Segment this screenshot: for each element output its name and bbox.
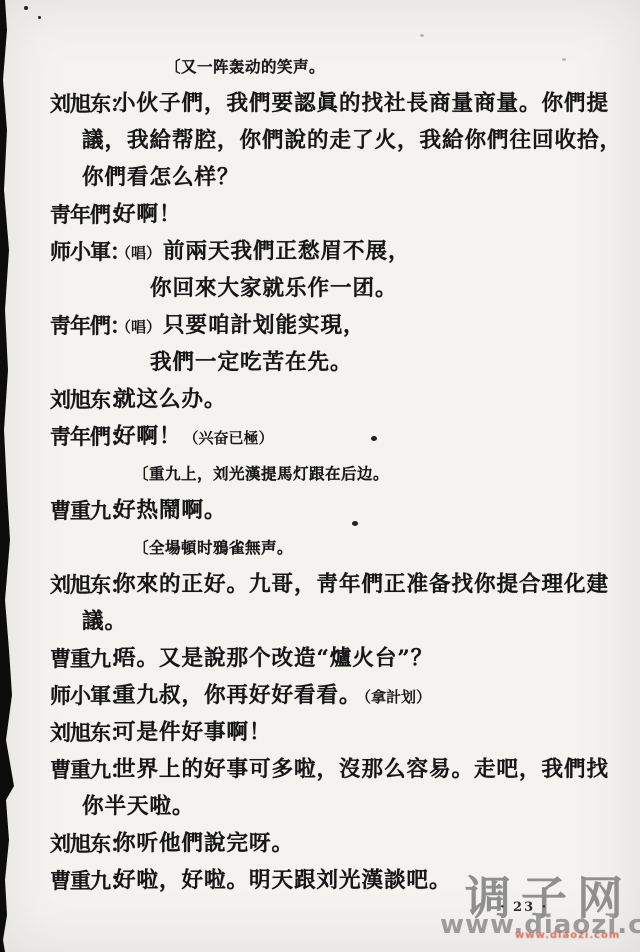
scanned-book-page: 〔又一阵轰动的笑声。刘旭东：小伙子們，我們要認眞的找社長商量商量。你們提議，我給… bbox=[0, 0, 640, 952]
script-line: 曹重九：好热鬧啊。 bbox=[0, 492, 640, 529]
line-main-text: 〔重九上，刘光漢提馬灯跟在后边。 bbox=[133, 464, 389, 483]
line-text: 你听他們說完呀。 bbox=[114, 825, 294, 863]
line-main-text: 你們看怎么样？ bbox=[82, 165, 240, 190]
line-text: 重九叔，你再好好看看。（拿計划） bbox=[114, 677, 433, 716]
script-line: 你們看怎么样？ bbox=[0, 159, 640, 196]
line-main-text: 〔又一阵轰动的笑声。 bbox=[165, 57, 325, 76]
line-main-text: 世界上的好事可多啦，沒那么容易。走吧，我們找 bbox=[114, 757, 609, 782]
line-main-text: 我們一定吃苦在先。 bbox=[150, 350, 353, 375]
line-text: 好热鬧啊。 bbox=[114, 492, 227, 530]
ink-speck bbox=[38, 16, 41, 19]
line-text: 小伙子們，我們要認眞的找社長商量商量。你們提 bbox=[114, 85, 609, 123]
line-text: （唱）前兩天我們正愁眉不展， bbox=[114, 233, 411, 272]
performance-note: （唱） bbox=[114, 318, 163, 336]
line-main-text: 好热鬧啊。 bbox=[114, 498, 227, 523]
line-text: 〔重九上，刘光漢提馬灯跟在后边。 bbox=[133, 455, 389, 492]
line-text: 你半天啦。 bbox=[82, 788, 195, 826]
line-text: 世界上的好事可多啦，沒那么容易。走吧，我們找 bbox=[114, 751, 609, 789]
script-line: 曹重九：唔。又是說那个改造“爐火台”？ bbox=[0, 640, 640, 677]
line-main-text: 唔。又是說那个改造“爐火台”？ bbox=[114, 646, 433, 671]
line-text: 你來的正好。九哥，靑年們正准备找你提合理化建 bbox=[114, 566, 609, 604]
line-text: 唔。又是說那个改造“爐火台”？ bbox=[114, 640, 433, 678]
script-line: 議，我給帮腔，你們說的走了火，我給你們往回收拾， bbox=[0, 122, 640, 159]
line-main-text: 小伙子們，我們要認眞的找社長商量商量。你們提 bbox=[114, 91, 609, 116]
script-line: 刘旭东：就这么办。 bbox=[0, 381, 640, 418]
script-line: 你半天啦。 bbox=[0, 788, 640, 825]
ink-speck bbox=[24, 6, 28, 10]
performance-note: （拿計划） bbox=[362, 688, 434, 706]
line-main-text: 〔全場頓时鴉雀無声。 bbox=[133, 538, 293, 557]
performance-note: （兴奋已極） bbox=[182, 429, 276, 447]
line-text: 就这么办。 bbox=[114, 381, 227, 419]
line-text: 好啊！（兴奋已極） bbox=[114, 418, 276, 457]
script-line: 刘旭东：小伙子們，我們要認眞的找社長商量商量。你們提 bbox=[0, 85, 640, 122]
paper-smudge bbox=[420, 34, 424, 37]
line-main-text: 只要咱計划能实現， bbox=[163, 313, 366, 338]
performance-note: （唱） bbox=[114, 244, 163, 262]
watermark-red-layer: www.diaozi.com bbox=[515, 930, 620, 941]
script-line: 刘旭东：可是件好事啊！ bbox=[0, 714, 640, 751]
stage-direction: 〔重九上，刘光漢提馬灯跟在后边。 bbox=[0, 455, 640, 492]
line-main-text: 好啦，好啦。明天跟刘光漢談吧。 bbox=[114, 868, 452, 893]
stage-direction: 〔又一阵轰动的笑声。 bbox=[0, 48, 640, 85]
line-main-text: 好啊！ bbox=[114, 424, 182, 449]
line-main-text: 就这么办。 bbox=[114, 387, 227, 412]
line-main-text: 議，我給帮腔，你們說的走了火，我給你們往回收拾， bbox=[82, 128, 622, 153]
line-main-text: 前兩天我們正愁眉不展， bbox=[163, 239, 411, 264]
script-line: 靑年們：好啊！ bbox=[0, 196, 640, 233]
line-text: 你們看怎么样？ bbox=[82, 159, 240, 197]
script-line: 刘旭东：你來的正好。九哥，靑年們正准备找你提合理化建 bbox=[0, 566, 640, 603]
stage-direction: 〔全場頓时鴉雀無声。 bbox=[0, 529, 640, 566]
line-main-text: 重九叔，你再好好看看。 bbox=[114, 683, 362, 708]
script-line: 議。 bbox=[0, 603, 640, 640]
line-main-text: 你來的正好。九哥，靑年們正准备找你提合理化建 bbox=[114, 572, 609, 597]
line-text: 〔全場頓时鴉雀無声。 bbox=[133, 529, 293, 566]
line-text: 〔又一阵轰动的笑声。 bbox=[165, 48, 325, 85]
line-main-text: 議。 bbox=[82, 609, 127, 634]
script-line: 师小軍：重九叔，你再好好看看。（拿計划） bbox=[0, 677, 640, 714]
line-main-text: 好啊！ bbox=[114, 202, 182, 227]
line-text: （唱）只要咱計划能实現， bbox=[114, 307, 366, 346]
script-line: 你回來大家就乐作一团。 bbox=[0, 270, 640, 307]
script-line: 师小軍：（唱）前兩天我們正愁眉不展， bbox=[0, 233, 640, 270]
line-text: 你回來大家就乐作一团。 bbox=[150, 270, 398, 308]
script-line: 刘旭东：你听他們說完呀。 bbox=[0, 825, 640, 862]
line-main-text: 可是件好事啊！ bbox=[114, 720, 272, 745]
line-text: 好啊！ bbox=[114, 196, 182, 234]
line-text: 議，我給帮腔，你們說的走了火，我給你們往回收拾， bbox=[82, 122, 622, 160]
script-body: 〔又一阵轰动的笑声。刘旭东：小伙子們，我們要認眞的找社長商量商量。你們提議，我給… bbox=[0, 48, 640, 899]
line-main-text: 你听他們說完呀。 bbox=[114, 831, 294, 856]
line-text: 議。 bbox=[82, 603, 127, 641]
line-text: 我們一定吃苦在先。 bbox=[150, 344, 353, 382]
line-main-text: 你半天啦。 bbox=[82, 794, 195, 819]
script-line: 靑年們：（唱）只要咱計划能实現， bbox=[0, 307, 640, 344]
line-text: 好啦，好啦。明天跟刘光漢談吧。 bbox=[114, 862, 452, 900]
line-main-text: 你回來大家就乐作一团。 bbox=[150, 276, 398, 301]
script-line: 靑年們：好啊！（兴奋已極） bbox=[0, 418, 640, 455]
script-line: 我們一定吃苦在先。 bbox=[0, 344, 640, 381]
script-line: 曹重九：世界上的好事可多啦，沒那么容易。走吧，我們找 bbox=[0, 751, 640, 788]
line-text: 可是件好事啊！ bbox=[114, 714, 272, 752]
